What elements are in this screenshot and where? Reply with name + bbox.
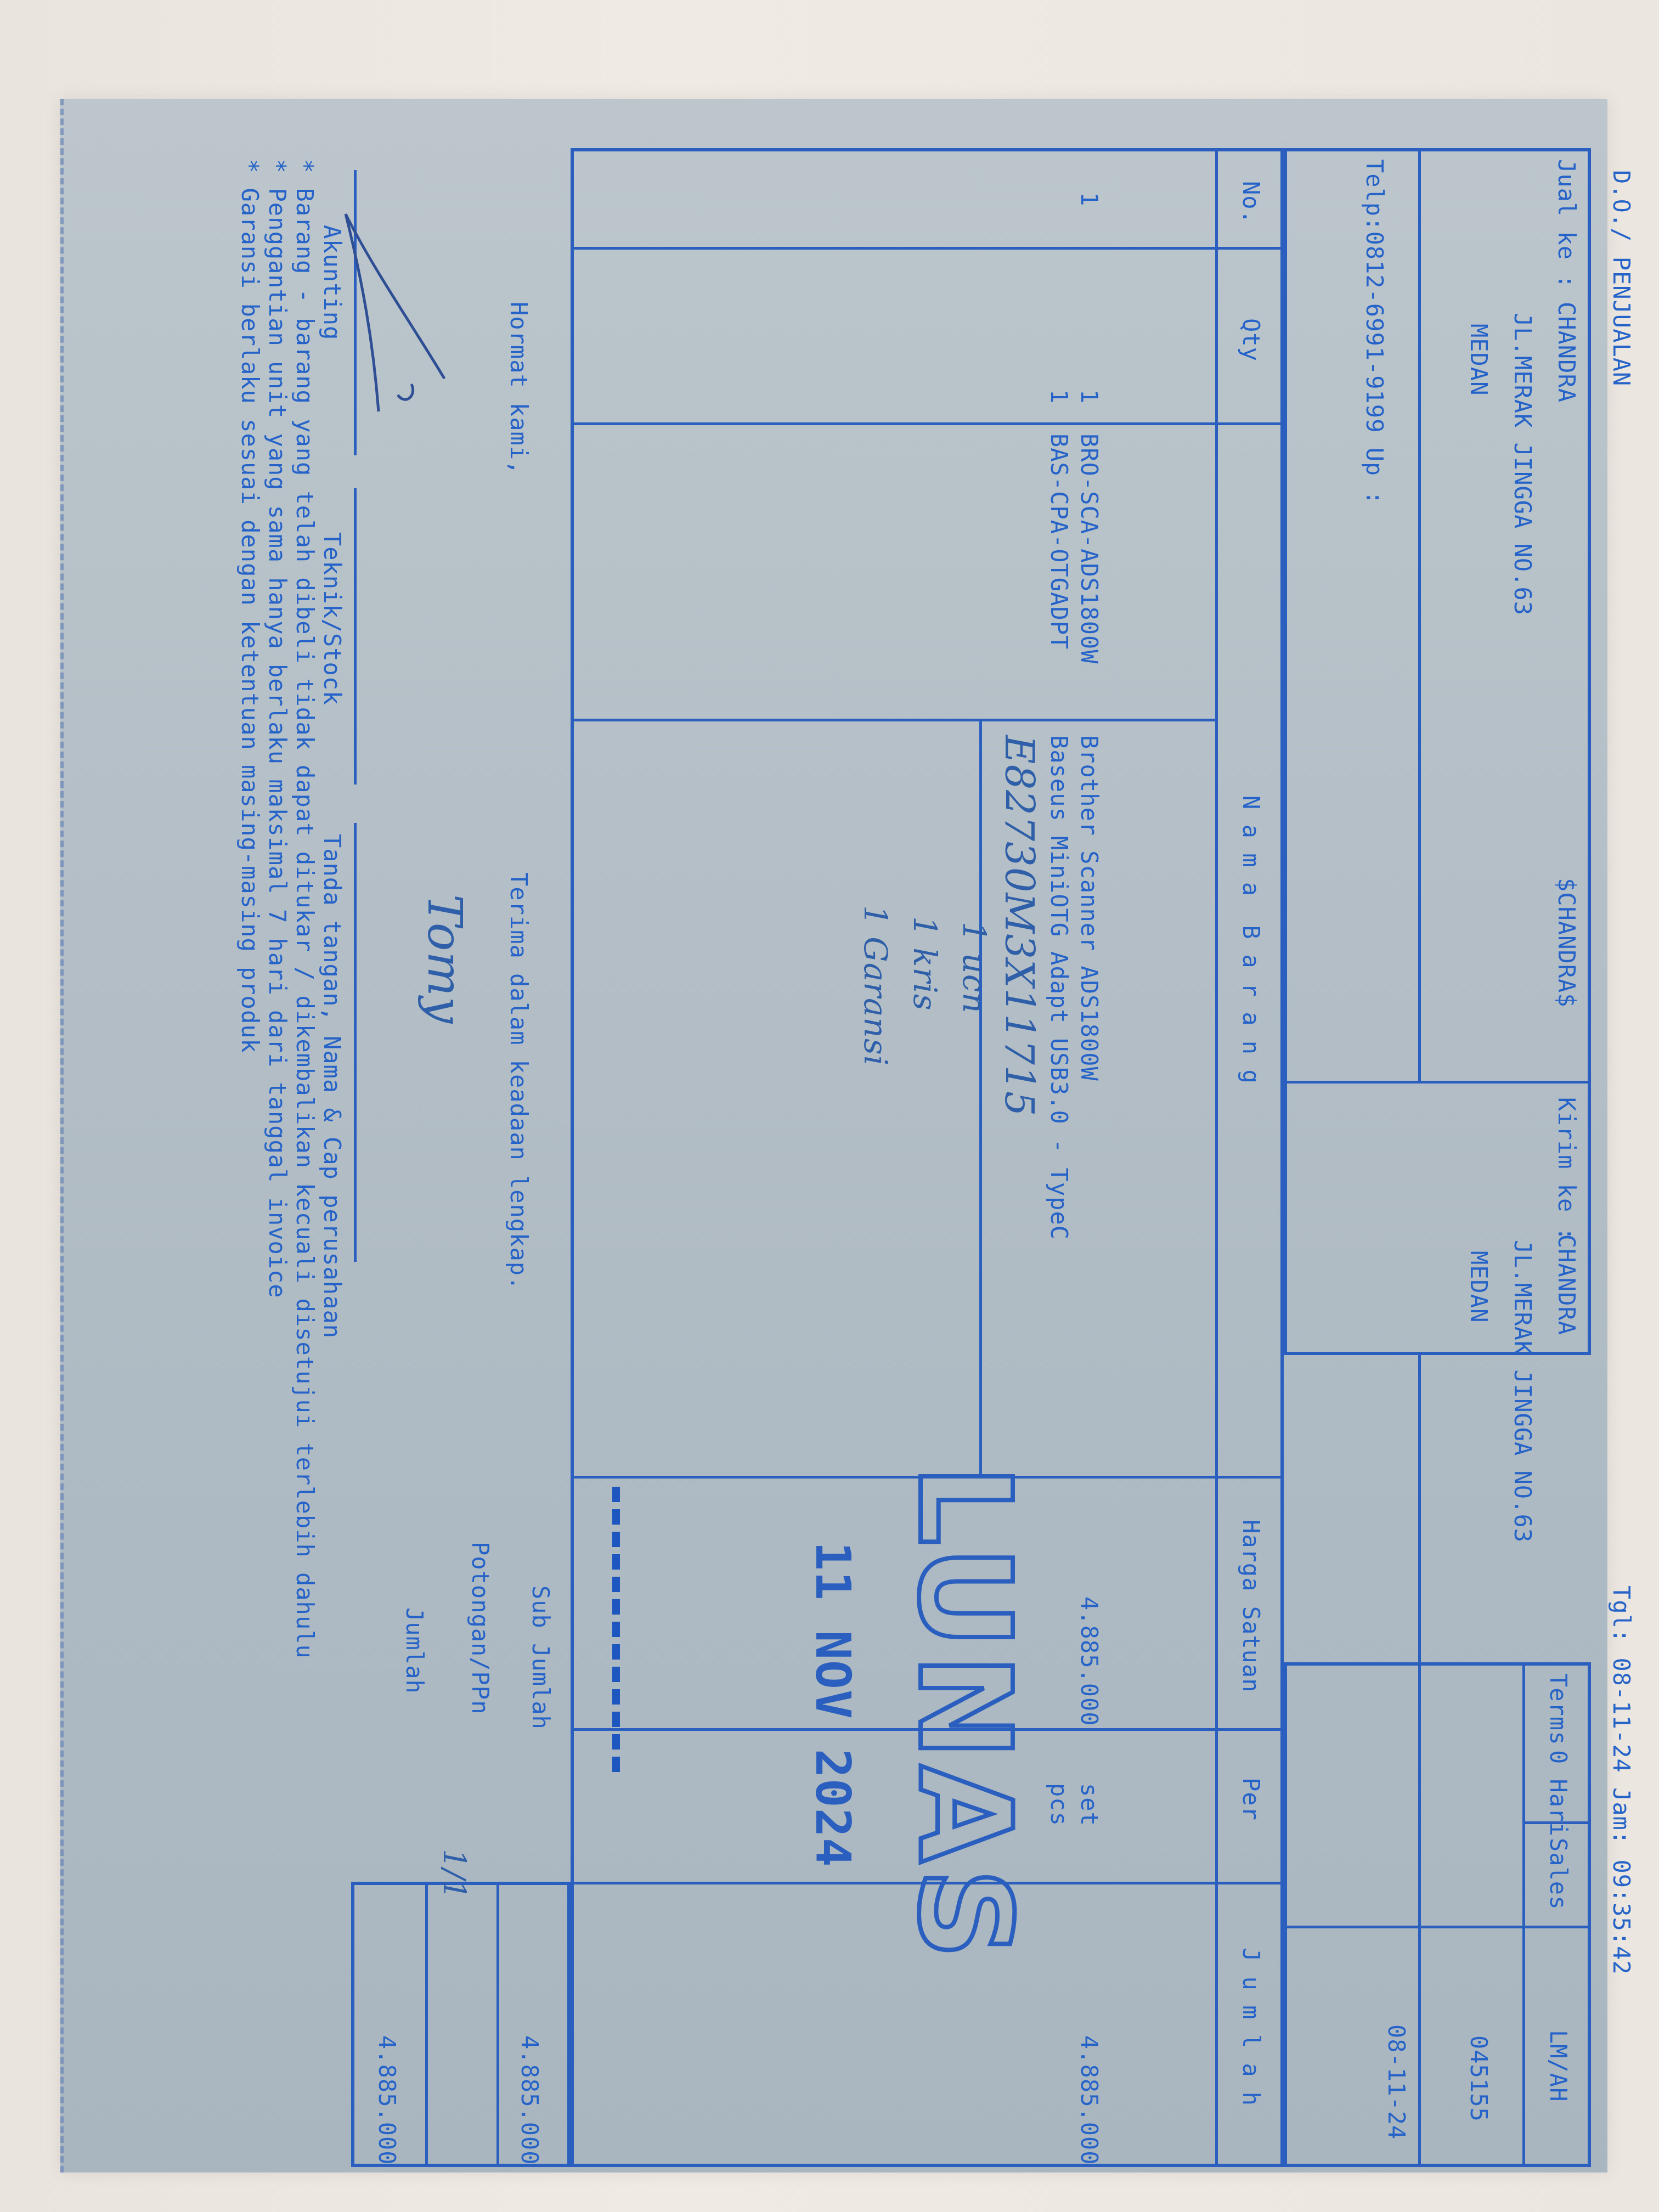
ship-to-address: JL.MERAK JINGGA NO.63 — [1509, 1240, 1536, 1543]
perforated-edge — [60, 99, 67, 2172]
accounting-label: Akunting — [319, 225, 346, 340]
stamp-date: 11 NOV 2024 — [805, 1542, 861, 1867]
received-note: Terima dalam keadaan lengkap. — [505, 872, 532, 1290]
col-qty: Qty — [1238, 318, 1265, 362]
hormat-kami: Hormat kami, — [505, 302, 532, 475]
sold-to-address: JL.MERAK JINGGA NO.63 — [1509, 313, 1536, 616]
sales-label: Sales — [1545, 1838, 1572, 1910]
invoice-number: 045155 — [1465, 2035, 1492, 2122]
item-code: BRO-SCA-ADS1800W — [1076, 433, 1103, 664]
terms-label: Terms — [1545, 1673, 1572, 1745]
accounting-signature — [329, 203, 455, 422]
document-title: D.O./ PENJUALAN — [1608, 170, 1635, 386]
ship-to-city: MEDAN — [1465, 1251, 1492, 1323]
item-code: BAS-CPA-OTGADPT — [1046, 433, 1073, 650]
subtotal-value: 4.885.000 — [516, 2035, 543, 2165]
invoice-date: 08-11-24 — [1383, 2024, 1410, 2140]
handwritten-serial: E82730M3X11715 — [996, 735, 1042, 1116]
terms-value: 0 Hari — [1545, 1750, 1572, 1837]
sold-to-label: Jual ke : — [1553, 159, 1580, 289]
date-time: Tgl: 08-11-24 Jam: 09:35:42 — [1608, 1585, 1635, 1975]
col-unit-price: Harga Satuan — [1238, 1520, 1265, 1692]
item-name: Brother Scanner ADS1800W — [1076, 735, 1103, 1081]
total-label: Jumlah — [401, 1607, 428, 1694]
sold-to-city: MEDAN — [1465, 324, 1492, 396]
footer-note: * Penggantian unit yang sama hanya berla… — [264, 159, 291, 1299]
unit-price: 4.885.000 — [1076, 1596, 1103, 1726]
sales-invoice: D.O./ PENJUALAN Tgl: 08-11-24 Jam: 09:35… — [247, 137, 1651, 2167]
discount-label: Potongan/PPn — [467, 1542, 494, 1714]
footer-note: * Garansi berlaku sesuai dengan ketentua… — [236, 159, 263, 1053]
stamp-dashed-line — [612, 1487, 620, 1772]
customer-code: $CHANDRA$ — [1553, 878, 1580, 1008]
technical-label: Teknik/Stock — [319, 532, 346, 705]
amount: 4.885.000 — [1076, 2035, 1103, 2165]
phone: Telp:0812-6991-9199 Up : — [1361, 159, 1388, 505]
receiver-signature: Tomy — [417, 894, 472, 1024]
ship-to-name: CHANDRA — [1553, 1234, 1580, 1335]
item-name: Baseus MiniOTG Adapt USB3.0 - TypeC — [1046, 735, 1073, 1240]
sold-to-box — [1284, 148, 1591, 1355]
col-amount: J u m l a h — [1238, 1948, 1265, 2106]
col-item-name: N a m a B a r a n g — [1238, 795, 1265, 1084]
subtotal-label: Sub Jumlah — [527, 1585, 554, 1730]
page-mark: 1/1 — [436, 1849, 472, 1900]
footer-note: * Barang - barang yang telah dibeli tida… — [291, 159, 318, 1659]
ship-to-label: Kirim ke : — [1553, 1097, 1580, 1242]
col-per: Per — [1238, 1778, 1265, 1821]
total-value: 4.885.000 — [374, 2035, 400, 2165]
company-sign-label: Tanda tangan, Nama & Cap perusahaan — [319, 834, 346, 1339]
col-no: No. — [1238, 181, 1265, 224]
unit: set — [1076, 1783, 1103, 1826]
unit: pcs — [1046, 1783, 1073, 1826]
sales-value: LM/AH — [1545, 2030, 1572, 2102]
sold-to-name: CHANDRA — [1553, 302, 1580, 403]
paid-stamp: LUNAS — [890, 1465, 1037, 1965]
